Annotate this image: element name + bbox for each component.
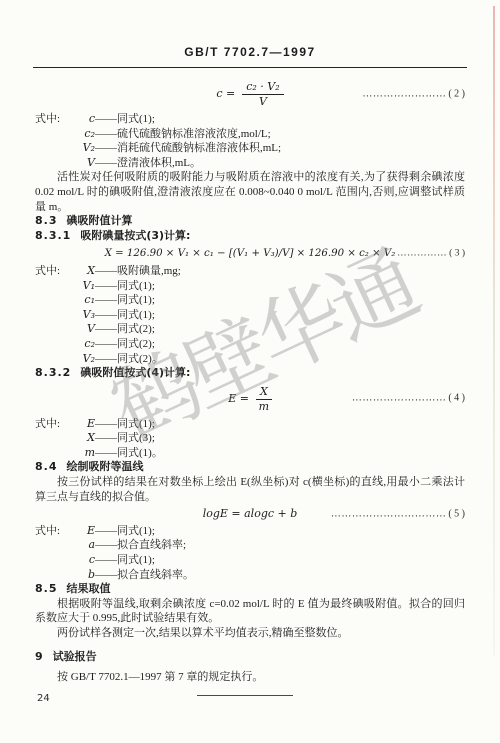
equation-4-fraction: Xm bbox=[256, 386, 272, 413]
definition-term: c bbox=[69, 112, 95, 127]
definition-term: c bbox=[69, 553, 95, 568]
section-number: 8.4 bbox=[35, 460, 58, 473]
equation-4-numerator: X bbox=[256, 386, 272, 400]
end-of-document-rule bbox=[197, 695, 293, 696]
equation-number: ( 5 ) bbox=[448, 508, 465, 519]
definition-row: V₁——同式(1); bbox=[35, 279, 465, 294]
equation-2-fraction: c₂ · V₂V bbox=[242, 81, 283, 108]
definition-row: 式中:c——同式(1); bbox=[35, 112, 465, 127]
dot-leader: …………………… bbox=[362, 88, 446, 99]
definition-desc: ——消耗硫代硫酸钠标准溶液体积,mL; bbox=[95, 142, 281, 154]
definition-term: X bbox=[69, 264, 95, 279]
definition-lead: 式中: bbox=[35, 264, 69, 279]
definition-term: m bbox=[69, 446, 95, 461]
equation-4-body: E =Xm bbox=[228, 393, 272, 405]
definition-term: V₁ bbox=[69, 279, 95, 294]
definition-desc: ——同式(1); bbox=[95, 113, 155, 125]
definition-term: V₂ bbox=[69, 141, 95, 156]
definition-row: c——同式(1); bbox=[35, 553, 465, 568]
definition-term: E bbox=[69, 417, 95, 432]
definition-desc: ——同式(1); bbox=[95, 418, 155, 430]
equation-2-numerator: c₂ · V₂ bbox=[242, 81, 283, 95]
definition-desc: ——同式(2)。 bbox=[95, 353, 163, 365]
section-number: 8.3.1 bbox=[35, 229, 71, 242]
definition-term: c₂ bbox=[69, 337, 95, 352]
definition-row: c₂——同式(2); bbox=[35, 337, 465, 352]
definition-desc: ——拟合直线斜率; bbox=[95, 539, 186, 551]
definition-term: V bbox=[69, 156, 95, 171]
paragraph-8-5a: 根据吸附等温线,取剩余碘浓度 c=0.02 mol/L 时的 E 值为最终碘吸附… bbox=[35, 597, 465, 626]
equation-3-body: X = 126.90 × V₁ × c₁ − [(V₁ + V₃)/V] × 1… bbox=[105, 248, 396, 259]
paragraph-9: 按 GB/T 7702.1—1997 第 7 章的规定执行。 bbox=[35, 670, 465, 685]
dot-leader: …………………………… bbox=[331, 508, 447, 519]
equation-4: E =Xm ………………………( 4 ) bbox=[35, 386, 465, 413]
equation-3: X = 126.90 × V₁ × c₁ − [(V₁ + V₃)/V] × 1… bbox=[35, 246, 465, 262]
definition-row: 式中:X——吸附碘量,mg; bbox=[35, 264, 465, 279]
section-title: 吸附碘量按式(3)计算: bbox=[80, 229, 190, 242]
section-number: 8.3.2 bbox=[35, 366, 71, 379]
definition-row: b——拟合直线斜率。 bbox=[35, 568, 465, 583]
equation-5: logE = alogc + b ……………………………( 5 ) bbox=[35, 507, 465, 522]
section-8-4-heading: 8.4绘制吸附等温线 bbox=[35, 460, 465, 475]
definition-term: a bbox=[69, 538, 95, 553]
definition-row: m——同式(1)。 bbox=[35, 446, 465, 461]
section-8-3-2-heading: 8.3.2碘吸附值按式(4)计算: bbox=[35, 366, 465, 381]
definition-desc: ——澄清液体积,mL。 bbox=[95, 157, 201, 169]
definition-row: 式中:E——同式(1); bbox=[35, 417, 465, 432]
definition-desc: ——同式(3); bbox=[95, 432, 155, 444]
equation-4-label: ………………………( 4 ) bbox=[352, 392, 465, 407]
definition-row: X——同式(3); bbox=[35, 431, 465, 446]
section-number: 8.3 bbox=[35, 214, 58, 227]
section-8-3-1-heading: 8.3.1吸附碘量按式(3)计算: bbox=[35, 229, 465, 244]
equation-4-lhs: E = bbox=[228, 392, 249, 405]
definition-term: V bbox=[69, 322, 95, 337]
definition-desc: ——拟合直线斜率。 bbox=[95, 569, 194, 581]
definition-desc: ——同式(2); bbox=[95, 338, 155, 350]
paragraph-8-4: 按三份试样的结果在对数坐标上绘出 E(纵坐标)对 c(横坐标)的直线,用最小二乘… bbox=[35, 475, 465, 504]
section-number: 9 bbox=[35, 650, 44, 663]
section-title: 试验报告 bbox=[53, 650, 97, 663]
definition-desc: ——同式(2); bbox=[95, 323, 155, 335]
definition-term: V₃ bbox=[69, 308, 95, 323]
dot-leader: ……………………… bbox=[352, 393, 447, 404]
definition-desc: ——吸附碘量,mg; bbox=[95, 265, 181, 277]
section-title: 结果取值 bbox=[67, 582, 111, 595]
definition-lead: 式中: bbox=[35, 524, 69, 539]
definition-term: c₁ bbox=[69, 293, 95, 308]
document-page: 鹤壁华通 GB/T 7702.7—1997 c =c₂ · V₂V ………………… bbox=[0, 0, 500, 743]
equation-number: ( 2 ) bbox=[448, 88, 465, 99]
section-title: 碘吸附值计算 bbox=[67, 214, 133, 227]
definition-row: c₁——同式(1); bbox=[35, 293, 465, 308]
definition-row: 式中:E——同式(1); bbox=[35, 524, 465, 539]
definition-row: V——同式(2); bbox=[35, 322, 465, 337]
definition-lead: 式中: bbox=[35, 112, 69, 127]
equation-5-label: ……………………………( 5 ) bbox=[331, 507, 465, 522]
equation-5-body: logE = alogc + b bbox=[203, 507, 298, 520]
equation-2: c =c₂ · V₂V ……………………( 2 ) bbox=[35, 81, 465, 108]
scan-artifact-line bbox=[493, 6, 495, 656]
paragraph-8-5b: 两份试样各测定一次,结果以算术平均值表示,精确至整数位。 bbox=[35, 626, 465, 641]
equation-2-denominator: V bbox=[242, 95, 283, 108]
section-title: 绘制吸附等温线 bbox=[67, 460, 144, 473]
equation-2-lhs: c = bbox=[216, 87, 235, 100]
definition-lead: 式中: bbox=[35, 417, 69, 432]
section-9-heading: 9试验报告 bbox=[35, 650, 465, 665]
equation-4-denominator: m bbox=[256, 400, 272, 413]
definition-desc: ——同式(1); bbox=[95, 280, 155, 292]
equation-number: ( 3 ) bbox=[449, 249, 465, 259]
definition-term: X bbox=[69, 431, 95, 446]
definition-row: V₂——消耗硫代硫酸钠标准溶液体积,mL; bbox=[35, 141, 465, 156]
page-number: 24 bbox=[37, 693, 50, 704]
definition-desc: ——同式(1)。 bbox=[95, 447, 163, 459]
section-8-5-heading: 8.5结果取值 bbox=[35, 582, 465, 597]
definition-desc: ——同式(1); bbox=[95, 554, 155, 566]
definition-term: b bbox=[69, 568, 95, 583]
definition-term: c₂ bbox=[69, 127, 95, 142]
section-title: 碘吸附值按式(4)计算: bbox=[80, 366, 190, 379]
definition-row: V₂——同式(2)。 bbox=[35, 352, 465, 367]
definition-row: V₃——同式(1); bbox=[35, 308, 465, 323]
header-rule bbox=[33, 67, 467, 68]
definition-term: V₂ bbox=[69, 352, 95, 367]
section-number: 8.5 bbox=[35, 582, 58, 595]
definition-row: V——澄清液体积,mL。 bbox=[35, 156, 465, 171]
standard-number-header: GB/T 7702.7—1997 bbox=[0, 45, 500, 59]
definition-desc: ——同式(1); bbox=[95, 309, 155, 321]
equation-2-body: c =c₂ · V₂V bbox=[216, 88, 283, 100]
document-body: c =c₂ · V₂V ……………………( 2 ) 式中:c——同式(1); c… bbox=[35, 76, 465, 696]
equation-2-label: ……………………( 2 ) bbox=[362, 87, 465, 102]
definition-term: E bbox=[69, 524, 95, 539]
definition-desc: ——同式(1); bbox=[95, 294, 155, 306]
equation-3-label: ……………( 3 ) bbox=[397, 247, 465, 262]
dot-leader: …………… bbox=[397, 249, 447, 259]
definition-row: c₂——硫代硫酸钠标准溶液浓度,mol/L; bbox=[35, 127, 465, 142]
section-8-3-heading: 8.3碘吸附值计算 bbox=[35, 214, 465, 229]
definition-desc: ——同式(1); bbox=[95, 525, 155, 537]
definition-row: a——拟合直线斜率; bbox=[35, 538, 465, 553]
equation-number: ( 4 ) bbox=[448, 393, 465, 404]
definition-desc: ——硫代硫酸钠标准溶液浓度,mol/L; bbox=[95, 128, 271, 140]
paragraph-8-2: 活性炭对任何吸附质的吸附能力与吸附质在溶液中的浓度有关,为了获得剩余碘浓度 0.… bbox=[35, 170, 465, 214]
